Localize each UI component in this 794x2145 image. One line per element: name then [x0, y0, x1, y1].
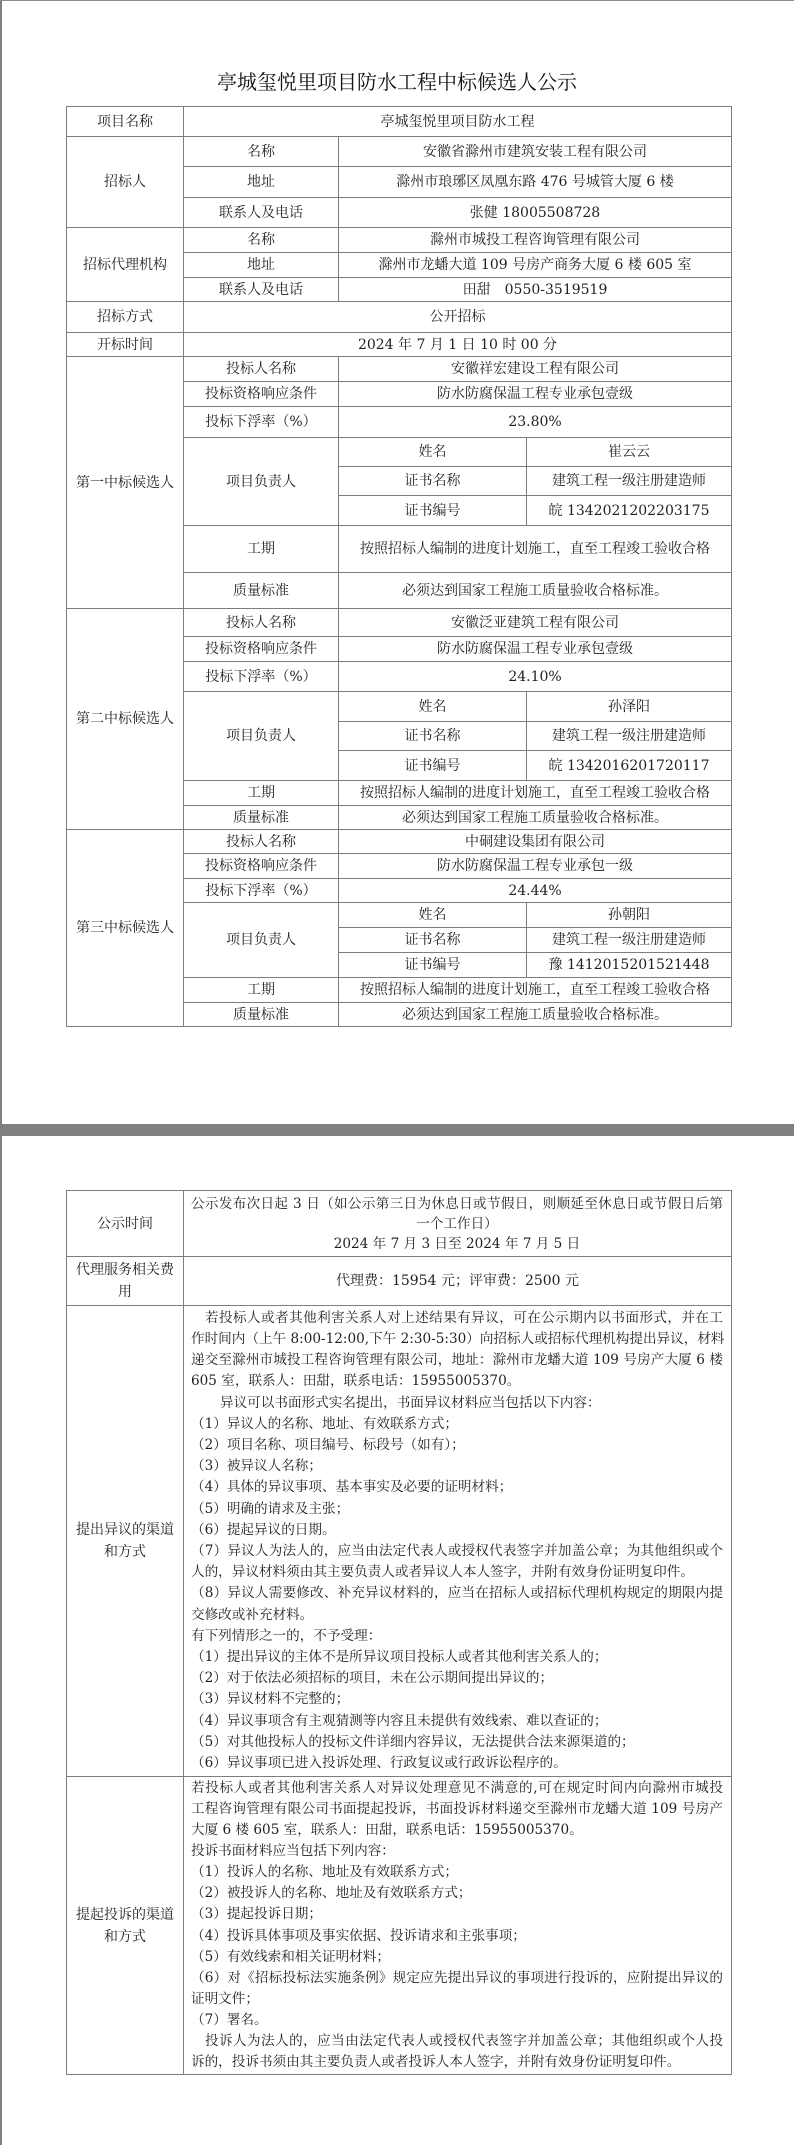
table-row: 代理服务相关费 用 代理费：15954 元；评审费：2500 元: [67, 1257, 732, 1306]
text-line: 人的，异议材料须由其主要负责人或者异议人本人签字，并附有效身份证明复印件。: [191, 1562, 723, 1583]
manager-name-label: 姓名: [339, 438, 527, 467]
agency-address: 滁州市龙蟠大道 109 号房产商务大厦 6 楼 605 室: [339, 253, 732, 278]
opening-time-label: 开标时间: [67, 333, 184, 357]
qualification-label: 投标资格响应条件: [184, 382, 339, 407]
table-row: 招标人 名称 安徽省滁州市建筑安装工程有限公司: [67, 137, 732, 167]
text-line: （5）有效线索和相关证明材料；: [191, 1947, 723, 1968]
table-row: 提起投诉的渠道 和方式 若投标人或者其他利害关系人对异议处理意见不满意的,可在规…: [67, 1777, 732, 2075]
cert-no-label: 证书编号: [339, 953, 527, 978]
cert-no: 豫 1412015201521448: [527, 953, 732, 978]
table-row: 公示时间 公示发布次日起 3 日（如公示第三日为休息日或节假日，则顺延至休息日或…: [67, 1191, 732, 1257]
complaint-label: 提起投诉的渠道 和方式: [67, 1777, 184, 2075]
text-line: （5）对其他投标人的投标文件详细内容异议，无法提供合法来源渠道的；: [191, 1732, 723, 1753]
text-line: 若投标人或者其他利害关系人对上述结果有异议，可在公示期内以书面形式，并在工: [191, 1308, 723, 1329]
table-row: 项目名称 亭城玺悦里项目防水工程: [67, 107, 732, 137]
table-row: 开标时间 2024 年 7 月 1 日 10 时 00 分: [67, 333, 732, 357]
bidder-label: 投标人名称: [184, 830, 339, 854]
quality-value: 必须达到国家工程施工质量验收合格标准。: [339, 1003, 732, 1027]
complaint-content: 若投标人或者其他利害关系人对异议处理意见不满意的,可在规定时间内向滁州市城投 工…: [184, 1777, 732, 2075]
text-line: （1）投诉人的名称、地址及有效联系方式；: [191, 1862, 723, 1883]
discount-value: 24.44%: [339, 879, 732, 903]
tenderer-address-label: 地址: [184, 167, 339, 198]
agency-contact-label: 联系人及电话: [184, 278, 339, 302]
manager-label: 项目负责人: [184, 692, 339, 781]
cert-name: 建筑工程一级注册建造师: [527, 722, 732, 751]
quality-value: 必须达到国家工程施工质量验收合格标准。: [339, 806, 732, 830]
quality-label: 质量标准: [184, 1003, 339, 1027]
tenderer-address: 滁州市琅琊区凤凰东路 476 号城管大厦 6 楼: [339, 167, 732, 198]
bidder-value: 安徽泛亚建筑工程有限公司: [339, 609, 732, 637]
text-line: 若投标人或者其他利害关系人对异议处理意见不满意的,可在规定时间内向滁州市城投: [191, 1778, 723, 1799]
tenderer-contact-label: 联系人及电话: [184, 198, 339, 228]
manager-label: 项目负责人: [184, 438, 339, 526]
text-line: （5）明确的请求及主张；: [191, 1499, 723, 1520]
notice-line: 2024 年 7 月 3 日至 2024 年 7 月 5 日: [191, 1234, 723, 1254]
text-line: 递交至滁州市城投工程咨询管理有限公司，地址：滁州市龙蟠大道 109 号房产大厦 …: [191, 1350, 723, 1371]
cert-name: 建筑工程一级注册建造师: [527, 928, 732, 953]
candidate-rank-label: 第一中标候选人: [67, 357, 184, 609]
bidder-value: 中硐建设集团有限公司: [339, 830, 732, 854]
text-line: （3）异议材料不完整的；: [191, 1689, 723, 1710]
text-line: 作时间内（上午 8:00-12:00,下午 2:30-5:30）向招标人或招标代…: [191, 1329, 723, 1350]
table-row: 招标代理机构 名称 滁州市城投工程咨询管理有限公司: [67, 228, 732, 253]
cert-no: 皖 1342016201720117: [527, 751, 732, 781]
tenderer-name: 安徽省滁州市建筑安装工程有限公司: [339, 137, 732, 167]
page-top-border: [0, 0, 794, 1]
duration-value: 按照招标人编制的进度计划施工，直至工程竣工验收合格: [339, 526, 732, 573]
bidder-value: 安徽祥宏建设工程有限公司: [339, 357, 732, 382]
tenderer-label: 招标人: [67, 137, 184, 228]
qualification-label: 投标资格响应条件: [184, 637, 339, 662]
discount-label: 投标下浮率（%）: [184, 407, 339, 438]
qualification-label: 投标资格响应条件: [184, 854, 339, 879]
discount-label: 投标下浮率（%）: [184, 879, 339, 903]
manager-name-label: 姓名: [339, 903, 527, 928]
duration-value: 按照招标人编制的进度计划施工，直至工程竣工验收合格: [339, 781, 732, 806]
candidate-rank-label: 第三中标候选人: [67, 830, 184, 1027]
notice-line: 公示发布次日起 3 日（如公示第三日为休息日或节假日，则顺延至休息日或节假日后第: [191, 1194, 723, 1214]
quality-value: 必须达到国家工程施工质量验收合格标准。: [339, 573, 732, 609]
text-line: （1）异议人的名称、地址、有效联系方式；: [191, 1414, 723, 1435]
table-row: 第一中标候选人 投标人名称 安徽祥宏建设工程有限公司: [67, 357, 732, 382]
agency-label: 招标代理机构: [67, 228, 184, 302]
cert-name: 建筑工程一级注册建造师: [527, 467, 732, 496]
duration-label: 工期: [184, 978, 339, 1003]
tenderer-name-label: 名称: [184, 137, 339, 167]
table-row: 第三中标候选人 投标人名称 中硐建设集团有限公司: [67, 830, 732, 854]
text-line: 投诉书面材料应当包括下列内容：: [191, 1841, 723, 1862]
quality-label: 质量标准: [184, 806, 339, 830]
candidate-notice-table: 项目名称 亭城玺悦里项目防水工程 招标人 名称 安徽省滁州市建筑安装工程有限公司…: [66, 106, 732, 1027]
text-line: （2）被投诉人的名称、地址及有效联系方式；: [191, 1883, 723, 1904]
opening-time-value: 2024 年 7 月 1 日 10 时 00 分: [184, 333, 732, 357]
manager-name: 崔云云: [527, 438, 732, 467]
page-title: 亭城玺悦里项目防水工程中标候选人公示: [0, 69, 794, 95]
text-line: 证明文件；: [191, 1989, 723, 2010]
fees-label: 代理服务相关费 用: [67, 1257, 184, 1306]
text-line: 605 室，联系人：田甜，联系电话：15955005370。: [191, 1371, 723, 1392]
agency-name: 滁州市城投工程咨询管理有限公司: [339, 228, 732, 253]
text-line: （1）提出异议的主体不是所异议项目投标人或者其他利害关系人的；: [191, 1647, 723, 1668]
text-line: （3）被异议人名称；: [191, 1456, 723, 1477]
text-line: （7）署名。: [191, 2010, 723, 2031]
notice-line: 一个工作日）: [191, 1214, 723, 1234]
manager-name: 孙泽阳: [527, 692, 732, 722]
candidate-rank-label: 第二中标候选人: [67, 609, 184, 830]
discount-label: 投标下浮率（%）: [184, 662, 339, 692]
text-line: 大厦 6 楼 605 室，联系人：田甜，联系电话：15955005370。: [191, 1820, 723, 1841]
agency-contact: 田甜 0550-3519519: [339, 278, 732, 302]
tenderer-contact: 张健 18005508728: [339, 198, 732, 228]
text-line: 投诉人为法人的，应当由法定代表人或授权代表签字并加盖公章；其他组织或个人投: [191, 2031, 723, 2052]
bidder-label: 投标人名称: [184, 609, 339, 637]
duration-value: 按照招标人编制的进度计划施工，直至工程竣工验收合格: [339, 978, 732, 1003]
manager-name: 孙朝阳: [527, 903, 732, 928]
text-line: （4）投诉具体事项及事实依据、投诉请求和主张事项；: [191, 1926, 723, 1947]
text-line: 有下列情形之一的，不予受理：: [191, 1626, 723, 1647]
text-line: 异议可以书面形式实名提出，书面异议材料应当包括以下内容：: [191, 1393, 723, 1414]
quality-label: 质量标准: [184, 573, 339, 609]
qualification-value: 防水防腐保温工程专业承包一级: [339, 854, 732, 879]
text-line: 诉的，投诉书须由其主要负责人或者投诉人本人签字，并附有效身份证明复印件。: [191, 2052, 723, 2073]
text-line: （8）异议人需要修改、补充异议材料的，应当在招标人或招标代理机构规定的期限内提: [191, 1583, 723, 1604]
text-line: （2）对于依法必须招标的项目，未在公示期间提出异议的；: [191, 1668, 723, 1689]
fees-value: 代理费：15954 元；评审费：2500 元: [184, 1257, 732, 1306]
objection-label: 提出异议的渠道 和方式: [67, 1306, 184, 1777]
agency-name-label: 名称: [184, 228, 339, 253]
discount-value: 23.80%: [339, 407, 732, 438]
qualification-value: 防水防腐保温工程专业承包壹级: [339, 637, 732, 662]
bidder-label: 投标人名称: [184, 357, 339, 382]
qualification-value: 防水防腐保温工程专业承包壹级: [339, 382, 732, 407]
text-line: （2）项目名称、项目编号、标段号（如有）；: [191, 1435, 723, 1456]
text-line: （6）异议事项已进入投诉处理、行政复议或行政诉讼程序的。: [191, 1753, 723, 1774]
text-line: （7）异议人为法人的，应当由法定代表人或授权代表签字并加盖公章；为其他组织或个: [191, 1541, 723, 1562]
cert-name-label: 证书名称: [339, 928, 527, 953]
text-line: 工程咨询管理有限公司书面提起投诉，书面投诉材料递交至滁州市龙蟠大道 109 号房…: [191, 1799, 723, 1820]
project-label: 项目名称: [67, 107, 184, 137]
table-row: 第二中标候选人 投标人名称 安徽泛亚建筑工程有限公司: [67, 609, 732, 637]
cert-no-label: 证书编号: [339, 751, 527, 781]
method-label: 招标方式: [67, 302, 184, 333]
text-line: （4）异议事项含有主观猜测等内容且未提供有效线索、难以查证的；: [191, 1711, 723, 1732]
table-row: 招标方式 公开招标: [67, 302, 732, 333]
agency-address-label: 地址: [184, 253, 339, 278]
notice-period-value: 公示发布次日起 3 日（如公示第三日为休息日或节假日，则顺延至休息日或节假日后第…: [184, 1191, 732, 1257]
duration-label: 工期: [184, 526, 339, 573]
text-line: （6）提起异议的日期。: [191, 1520, 723, 1541]
method-value: 公开招标: [184, 302, 732, 333]
page-separator: [0, 1124, 794, 1136]
objection-content: 若投标人或者其他利害关系人对上述结果有异议，可在公示期内以书面形式，并在工 作时…: [184, 1306, 732, 1777]
table-row: 提出异议的渠道 和方式 若投标人或者其他利害关系人对上述结果有异议，可在公示期内…: [67, 1306, 732, 1777]
discount-value: 24.10%: [339, 662, 732, 692]
manager-name-label: 姓名: [339, 692, 527, 722]
text-line: （4）具体的异议事项、基本事实及必要的证明材料；: [191, 1477, 723, 1498]
duration-label: 工期: [184, 781, 339, 806]
page-left-border: [0, 0, 2, 2145]
cert-name-label: 证书名称: [339, 467, 527, 496]
text-line: （3）提起投诉日期；: [191, 1904, 723, 1925]
text-line: （6）对《招标投标法实施条例》规定应先提出异议的事项进行投诉的，应附提出异议的: [191, 1968, 723, 1989]
manager-label: 项目负责人: [184, 903, 339, 978]
notice-terms-table: 公示时间 公示发布次日起 3 日（如公示第三日为休息日或节假日，则顺延至休息日或…: [66, 1190, 732, 2075]
cert-no-label: 证书编号: [339, 496, 527, 526]
notice-period-label: 公示时间: [67, 1191, 184, 1257]
cert-name-label: 证书名称: [339, 722, 527, 751]
text-line: 交修改或补充材料。: [191, 1605, 723, 1626]
cert-no: 皖 1342021202203175: [527, 496, 732, 526]
project-value: 亭城玺悦里项目防水工程: [184, 107, 732, 137]
